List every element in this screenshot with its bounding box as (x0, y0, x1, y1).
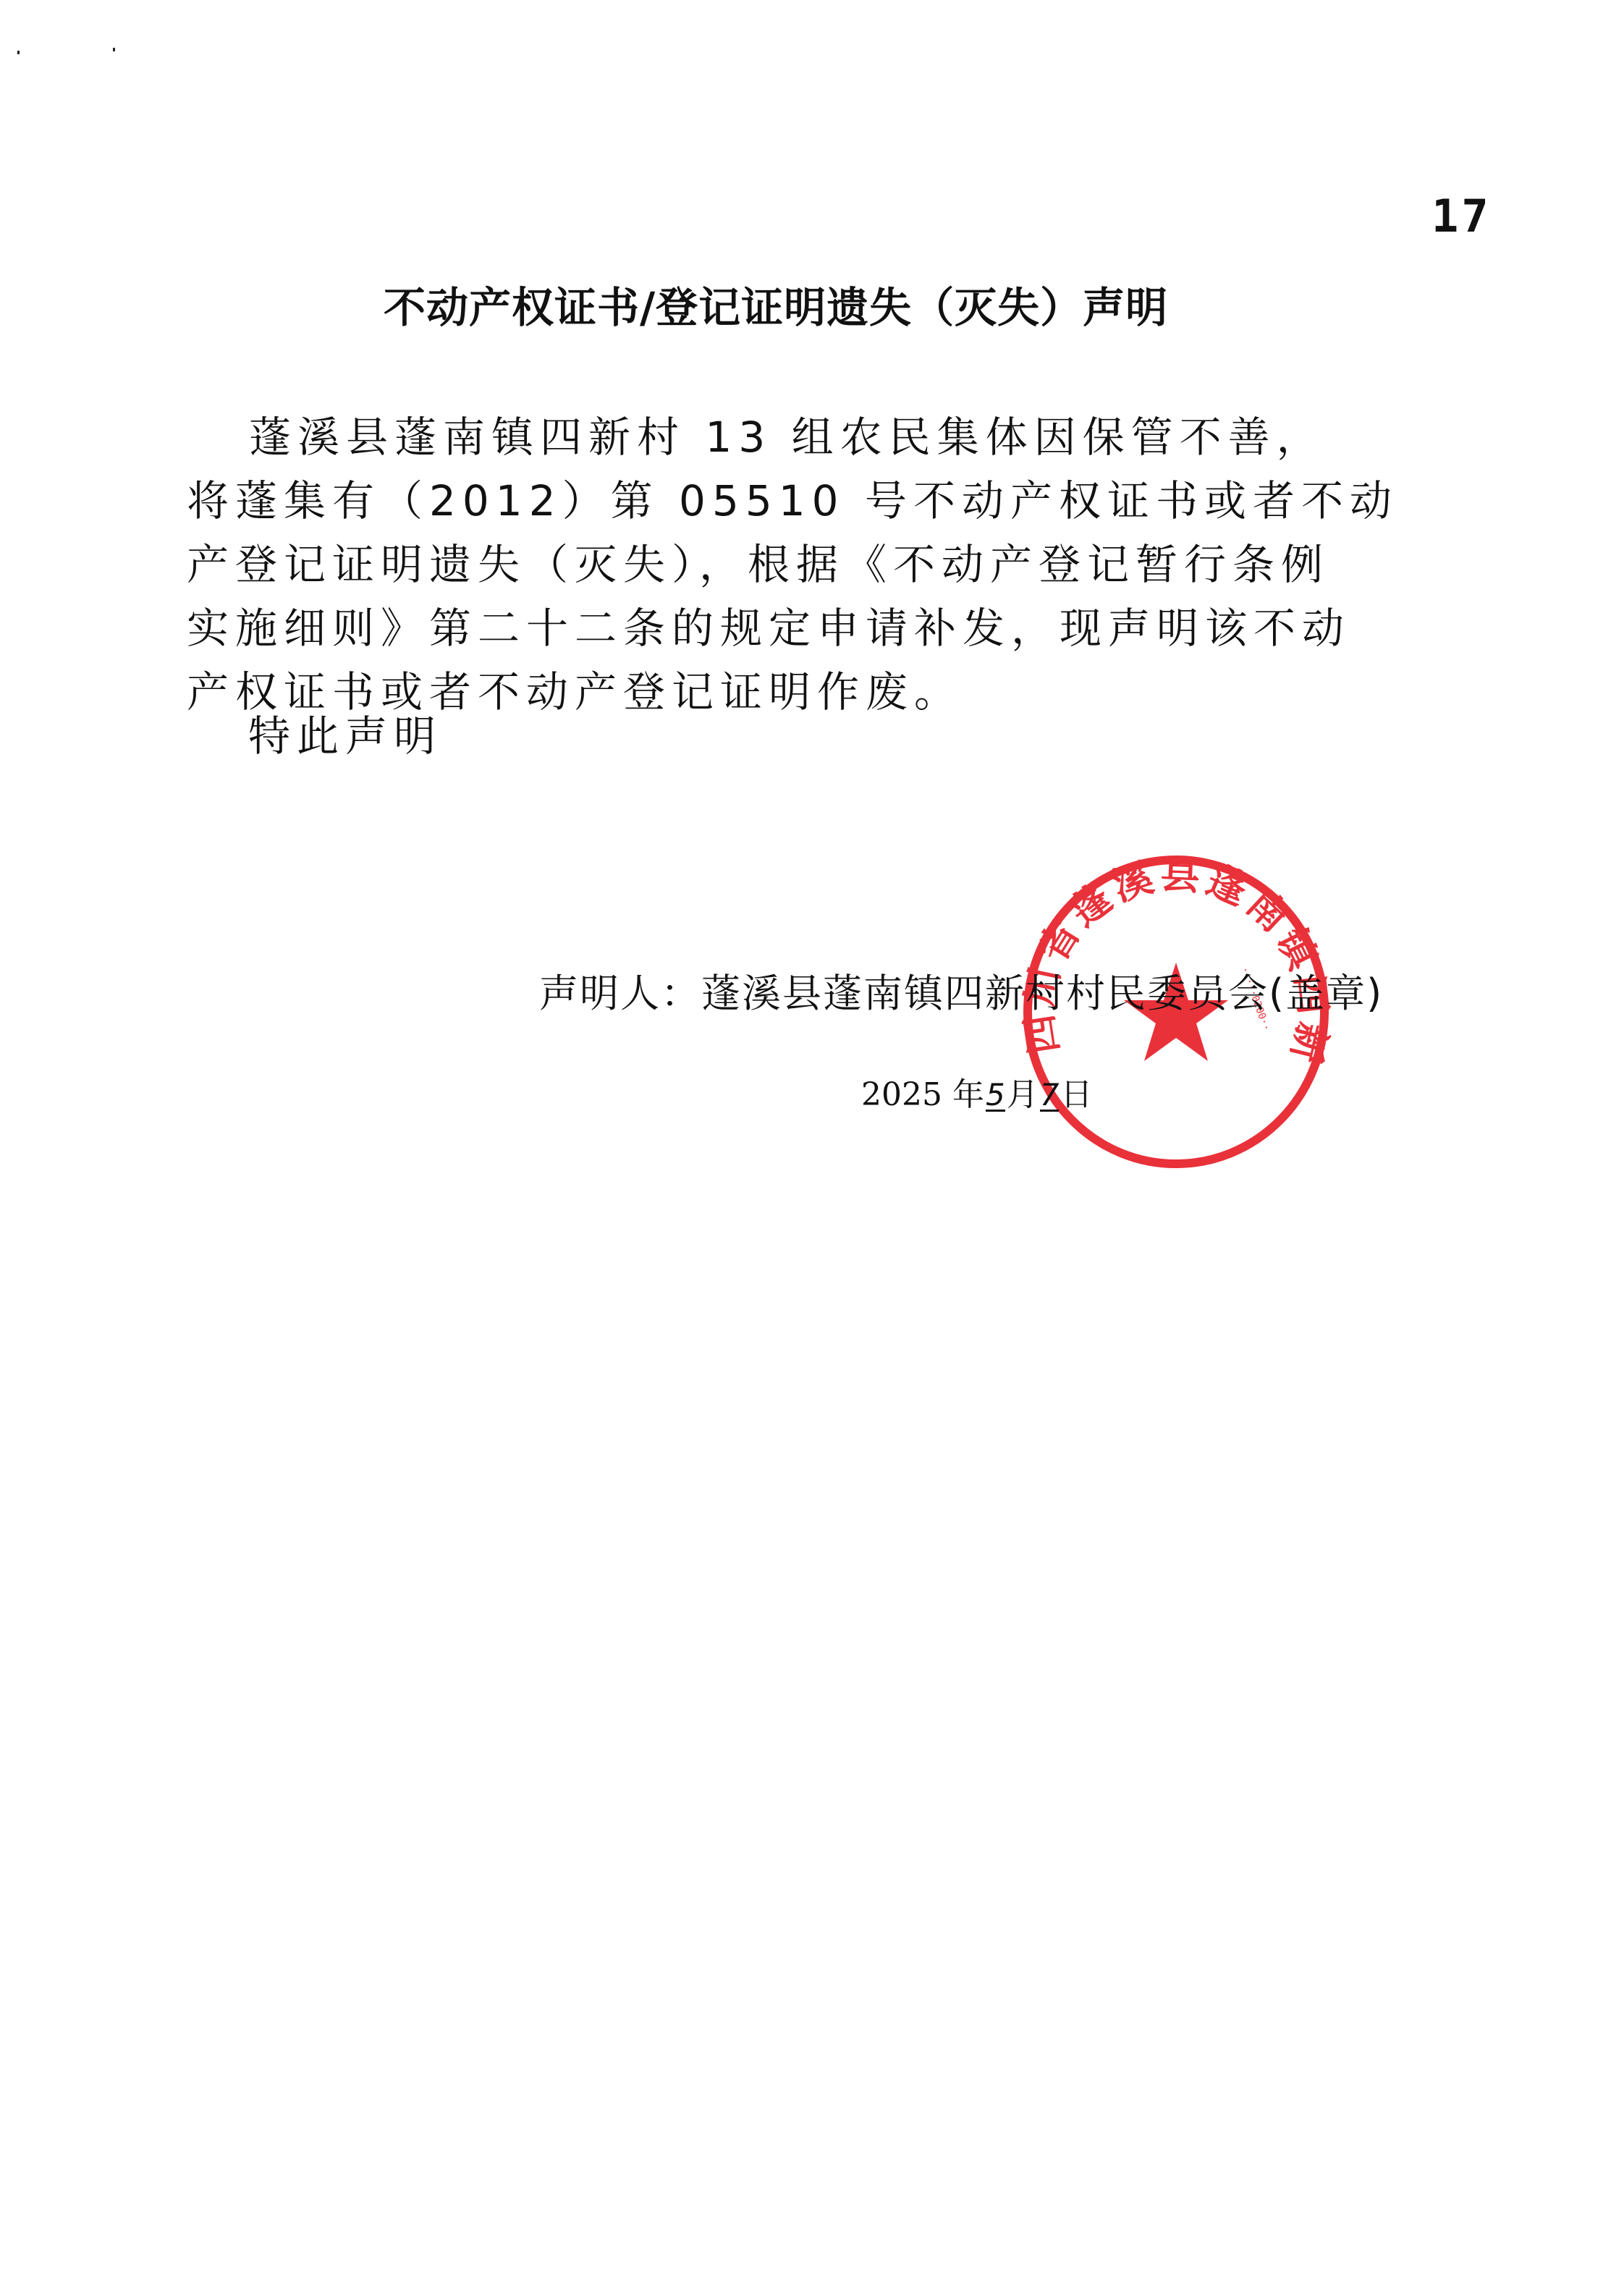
date-month-unit: 月 (1007, 1076, 1039, 1113)
scan-speck (17, 51, 20, 54)
date-day-handwritten: 7 (1040, 1081, 1060, 1112)
scan-speck (113, 48, 115, 51)
body-line: 蓬溪县蓬南镇四新村 13 组农民集体因保管不善， (187, 405, 1453, 469)
body-line: 实施细则》第二十二条的规定申请补发，现声明该不动 (187, 596, 1453, 660)
seal-arc-text: 四川省蓬溪县蓬南镇四新 (1017, 853, 1335, 1071)
date-year-unit: 年 (952, 1076, 984, 1113)
declarant-line: 声明人：蓬溪县蓬南镇四新村村民委员会(盖章) (539, 963, 1383, 1018)
body-line: 将蓬集有（2012）第 05510 号不动产权证书或者不动 (187, 469, 1453, 533)
signature-date: 2025 年5月7日 (861, 1068, 1092, 1115)
declaration-body: 蓬溪县蓬南镇四新村 13 组农民集体因保管不善， 将蓬集有（2012）第 055… (187, 405, 1453, 724)
document-title: 不动产权证书/登记证明遗失（灭失）声明 (384, 274, 1324, 334)
body-line: 产登记证明遗失（灭失），根据《不动产登记暂行条例 (187, 533, 1453, 596)
page-number: 17 (1431, 190, 1492, 242)
declarant-name: 蓬溪县蓬南镇四新村村民委员会 (701, 971, 1269, 1016)
declarant-label: 声明人： (539, 971, 701, 1016)
date-year: 2025 (861, 1076, 942, 1113)
date-day-unit: 日 (1060, 1076, 1092, 1113)
seal-note: (盖章) (1269, 971, 1383, 1016)
date-month-handwritten: 5 (986, 1081, 1005, 1112)
closing-statement: 特此声明 (248, 702, 442, 763)
